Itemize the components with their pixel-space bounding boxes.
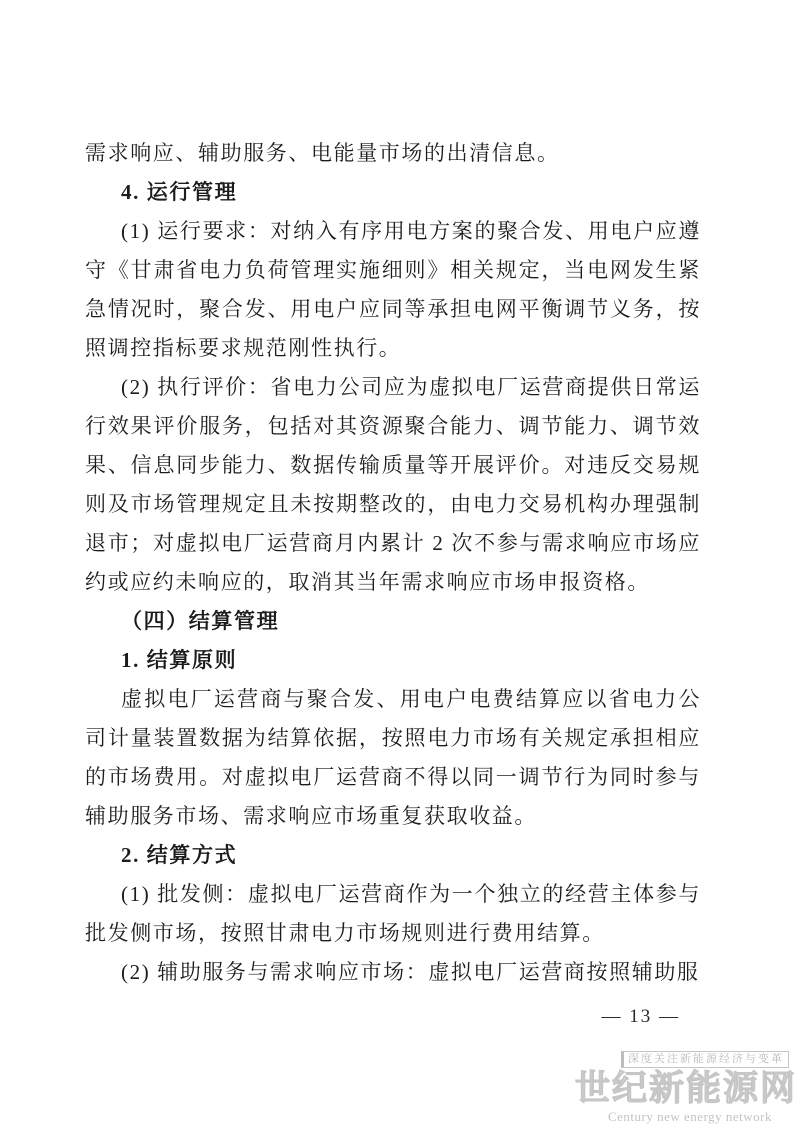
watermark-logo-text: 世纪新能源网 [563,1070,797,1108]
sub-heading-settlement-principles: 1. 结算原则 [85,641,701,680]
section-heading-operations-management: 4. 运行管理 [85,173,701,212]
page-number: — 13 — [0,1006,680,1028]
paragraph-ancillary-services: (2) 辅助服务与需求响应市场：虚拟电厂运营商按照辅助服 [85,953,701,992]
document-page: 需求响应、辅助服务、电能量市场的出清信息。 4. 运行管理 (1) 运行要求：对… [0,0,800,1131]
paragraph-settlement-principles: 虚拟电厂运营商与聚合发、用电户电费结算应以省电力公司计量装置数据为结算依据，按照… [85,680,701,836]
site-watermark: 深度关注新能源经济与变革 世纪新能源网 Century new energy n… [563,1049,797,1124]
paragraph-wholesale-side: (1) 批发侧：虚拟电厂运营商作为一个独立的经营主体参与批发侧市场，按照甘肃电力… [85,875,701,953]
section-heading-settlement-management: （四）结算管理 [85,602,701,641]
sub-heading-settlement-methods: 2. 结算方式 [85,836,701,875]
watermark-subtitle: Century new energy network [563,1109,797,1124]
watermark-slogan: 深度关注新能源经济与变革 [621,1051,789,1068]
document-body: 需求响应、辅助服务、电能量市场的出清信息。 4. 运行管理 (1) 运行要求：对… [85,0,701,992]
watermark-slogan-row: 深度关注新能源经济与变革 [563,1049,797,1068]
paragraph-execution-evaluation: (2) 执行评价：省电力公司应为虚拟电厂运营商提供日常运行效果评价服务，包括对其… [85,368,701,602]
paragraph-operation-requirements: (1) 运行要求：对纳入有序用电方案的聚合发、用电户应遵守《甘肃省电力负荷管理实… [85,212,701,368]
paragraph-continuation: 需求响应、辅助服务、电能量市场的出清信息。 [85,134,701,173]
